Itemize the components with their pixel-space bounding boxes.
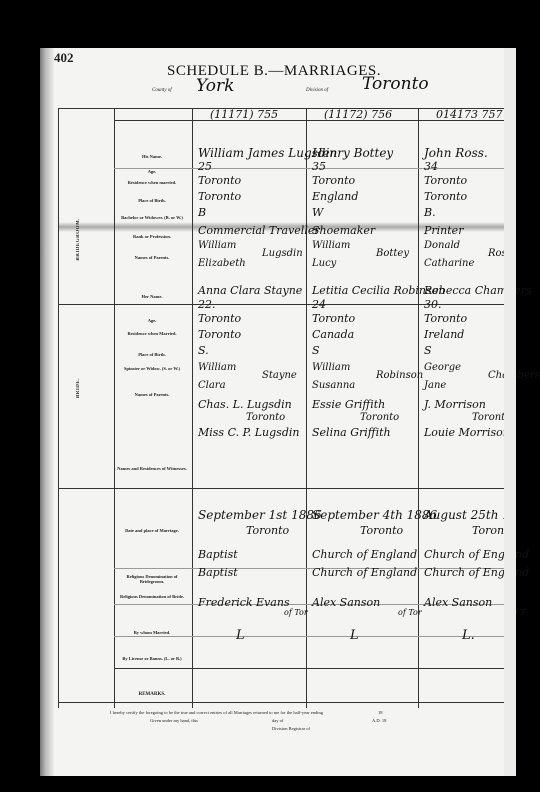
entry-bride-religion: Church of England	[312, 566, 417, 579]
division-value: Toronto	[362, 74, 429, 94]
page-edge-shadow	[40, 48, 54, 776]
row-label-groom-religion: Religious Denomination of Bridegroom.	[116, 574, 188, 584]
entry-witness-residence: Toronto	[472, 412, 511, 423]
entry-her-name: Rebecca Chambers	[424, 284, 532, 297]
entry-license-banns: L.	[462, 628, 475, 643]
entry-groom-mother: Elizabeth	[198, 258, 246, 269]
entry-by-whom-place: of Tor	[398, 608, 422, 617]
entry-bride-parents-surname: Robinson	[376, 370, 423, 381]
entry-witness1: J. Morrison	[424, 398, 486, 411]
entry-license-banns: L	[236, 628, 245, 643]
division-label: Division of	[306, 88, 328, 93]
row-label-bride-religion: Religious Denomination of Bride.	[116, 594, 188, 599]
entry-place: Toronto	[472, 524, 515, 537]
entry-by-whom-place: of Tor	[284, 608, 308, 617]
entry-number: 014173 757	[436, 108, 502, 121]
entry-bride-residence: Toronto	[198, 312, 241, 325]
entry-groom-residence: Toronto	[312, 174, 355, 187]
entry-rank: Shoemaker	[312, 224, 375, 237]
entry-her-name: Anna Clara Stayne	[198, 284, 302, 297]
entry-bride-age: 22.	[198, 298, 216, 311]
entry-groom-father: Donald	[424, 240, 460, 251]
entry-license-banns: L	[350, 628, 359, 643]
entry-bride-religion: Baptist	[198, 566, 238, 579]
entry-bride-residence: Toronto	[424, 312, 467, 325]
entry-groom-parents-surname: Lugsdin	[262, 248, 303, 259]
entry-bride-religion: Church of England	[424, 566, 529, 579]
entry-groom-father: William	[312, 240, 350, 251]
entry-witness1: Essie Griffith	[312, 398, 385, 411]
entry-date: September 1st 1886	[198, 508, 322, 522]
entry-groom-parents-surname: Bottey	[376, 248, 409, 259]
entry-witness2: Miss C. P. Lugsdin	[198, 426, 299, 439]
entry-groom-birthplace: England	[312, 190, 358, 203]
row-label-remarks: REMARKS.	[116, 692, 188, 697]
bride-section-label: BRIDE.	[76, 378, 81, 398]
given-under-hand: Given under my hand, this	[150, 718, 198, 723]
entry-witness2: Louie Morrison	[424, 426, 510, 439]
entry-his-name: Henry Bottey	[312, 146, 393, 160]
row-label-groom-birthplace: Place of Birth.	[116, 198, 188, 203]
division-registrar-label: Division Registrar of	[272, 726, 310, 731]
entry-bride-mother: Clara	[198, 380, 226, 391]
entry-bride-birthplace: Ireland	[424, 328, 464, 341]
entry-witness1: Chas. L. Lugsdin	[198, 398, 292, 411]
row-label-bachelor-widower: Bachelor or Widower. (B. or W.)	[116, 215, 188, 220]
entry-bride-father: William	[312, 362, 350, 373]
entry-number: (11172) 756	[324, 108, 392, 121]
row-label-by-whom: By whom Married.	[116, 630, 188, 635]
year-suffix: 18	[378, 710, 383, 715]
entry-by-whom: Alex Sanson	[424, 596, 492, 609]
entry-bride-mother: Jane	[424, 380, 446, 391]
entry-by-whom: Frederick Evans	[198, 596, 290, 609]
row-label-bride-residence: Residence when Married.	[116, 331, 188, 336]
entry-bride-mother: Susanna	[312, 380, 355, 391]
entry-bride-age: 24	[312, 298, 326, 311]
entry-date: August 25th 1	[424, 508, 510, 522]
entry-groom-religion: Church of England	[424, 548, 529, 561]
row-label-bride-age: Age.	[116, 318, 188, 323]
entry-bachelor-widower: W	[312, 206, 323, 219]
entry-his-name: John Ross.	[424, 146, 488, 160]
bridegroom-section-label: BRIDEGROOM.	[76, 218, 81, 261]
row-label-spinster-widow: Spinster or Widow. (S. or W.)	[116, 366, 188, 371]
entry-place: Toronto	[360, 524, 403, 537]
certify-text: I hereby certify the foregoing to be the…	[110, 710, 323, 715]
entry-spinster-widow: S	[312, 344, 320, 357]
county-value: York	[196, 76, 234, 96]
county-label: County of	[152, 88, 172, 93]
entry-bride-birthplace: Toronto	[198, 328, 241, 341]
entry-groom-birthplace: Toronto	[424, 190, 467, 203]
row-label-license-banns: By License or Banns. (L. or B.)	[116, 656, 188, 661]
entry-groom-parents-surname: Ross	[488, 248, 512, 259]
entry-spinster-widow: S.	[198, 344, 209, 357]
entry-witness-residence: Toronto	[246, 412, 285, 423]
entry-groom-birthplace: Toronto	[198, 190, 241, 203]
entry-number: (11171) 755	[210, 108, 278, 121]
row-label-groom-parents: Names of Parents.	[116, 255, 188, 260]
register-page: 402 SCHEDULE B.—MARRIAGES. County of Yor…	[40, 48, 508, 776]
ad-label: A.D. 18	[372, 718, 386, 723]
entry-by-whom: Alex Sanson	[312, 596, 380, 609]
entry-spinster-widow: S	[424, 344, 432, 357]
entry-bride-residence: Toronto	[312, 312, 355, 325]
register-table: BRIDEGROOM. BRIDE. His Name. Age. Reside…	[58, 108, 510, 708]
entry-bachelor-widower: B.	[424, 206, 436, 219]
row-label-rank: Rank or Profession.	[116, 234, 188, 239]
entry-groom-father: William	[198, 240, 236, 251]
entry-groom-mother: Catharine	[424, 258, 474, 269]
entry-date: September 4th 1886	[312, 508, 437, 522]
entry-rank: Commercial Traveller	[198, 224, 320, 237]
row-label-witnesses: Names and Residences of Witnesses.	[116, 466, 188, 471]
entry-bride-parents-surname: Stayne	[262, 370, 297, 381]
entry-groom-age: 25	[198, 160, 212, 173]
row-label-her-name: Her Name.	[116, 294, 188, 299]
row-label-bride-birthplace: Place of Birth.	[116, 352, 188, 357]
day-of-label: day of	[272, 718, 283, 723]
entry-groom-age: 35	[312, 160, 326, 173]
entry-bride-parents-surname: Chambers	[488, 370, 540, 381]
entry-groom-age: 34	[424, 160, 438, 173]
entry-groom-religion: Church of England	[312, 548, 417, 561]
entry-bachelor-widower: B	[198, 206, 206, 219]
row-label-groom-age: Age.	[116, 169, 188, 174]
row-label-groom-residence: Residence when married.	[116, 180, 188, 185]
entry-bride-father: William	[198, 362, 236, 373]
row-label-his-name: His Name.	[116, 154, 188, 159]
entry-groom-mother: Lucy	[312, 258, 336, 269]
entry-groom-residence: Toronto	[424, 174, 467, 187]
entry-bride-father: George	[424, 362, 461, 373]
entry-rank: Printer	[424, 224, 463, 237]
entry-by-whom-place: of T	[510, 608, 526, 617]
row-label-bride-parents: Names of Parents.	[116, 392, 188, 397]
entry-witness2: Selina Griffith	[312, 426, 391, 439]
entry-witness-residence: Toronto	[360, 412, 399, 423]
entry-groom-religion: Baptist	[198, 548, 238, 561]
entry-groom-residence: Toronto	[198, 174, 241, 187]
entry-bride-birthplace: Canada	[312, 328, 354, 341]
entry-place: Toronto	[246, 524, 289, 537]
row-label-date-place: Date and place of Marriage.	[116, 528, 188, 533]
schedule-title: SCHEDULE B.—MARRIAGES.	[40, 63, 508, 80]
entry-bride-age: 30.	[424, 298, 442, 311]
